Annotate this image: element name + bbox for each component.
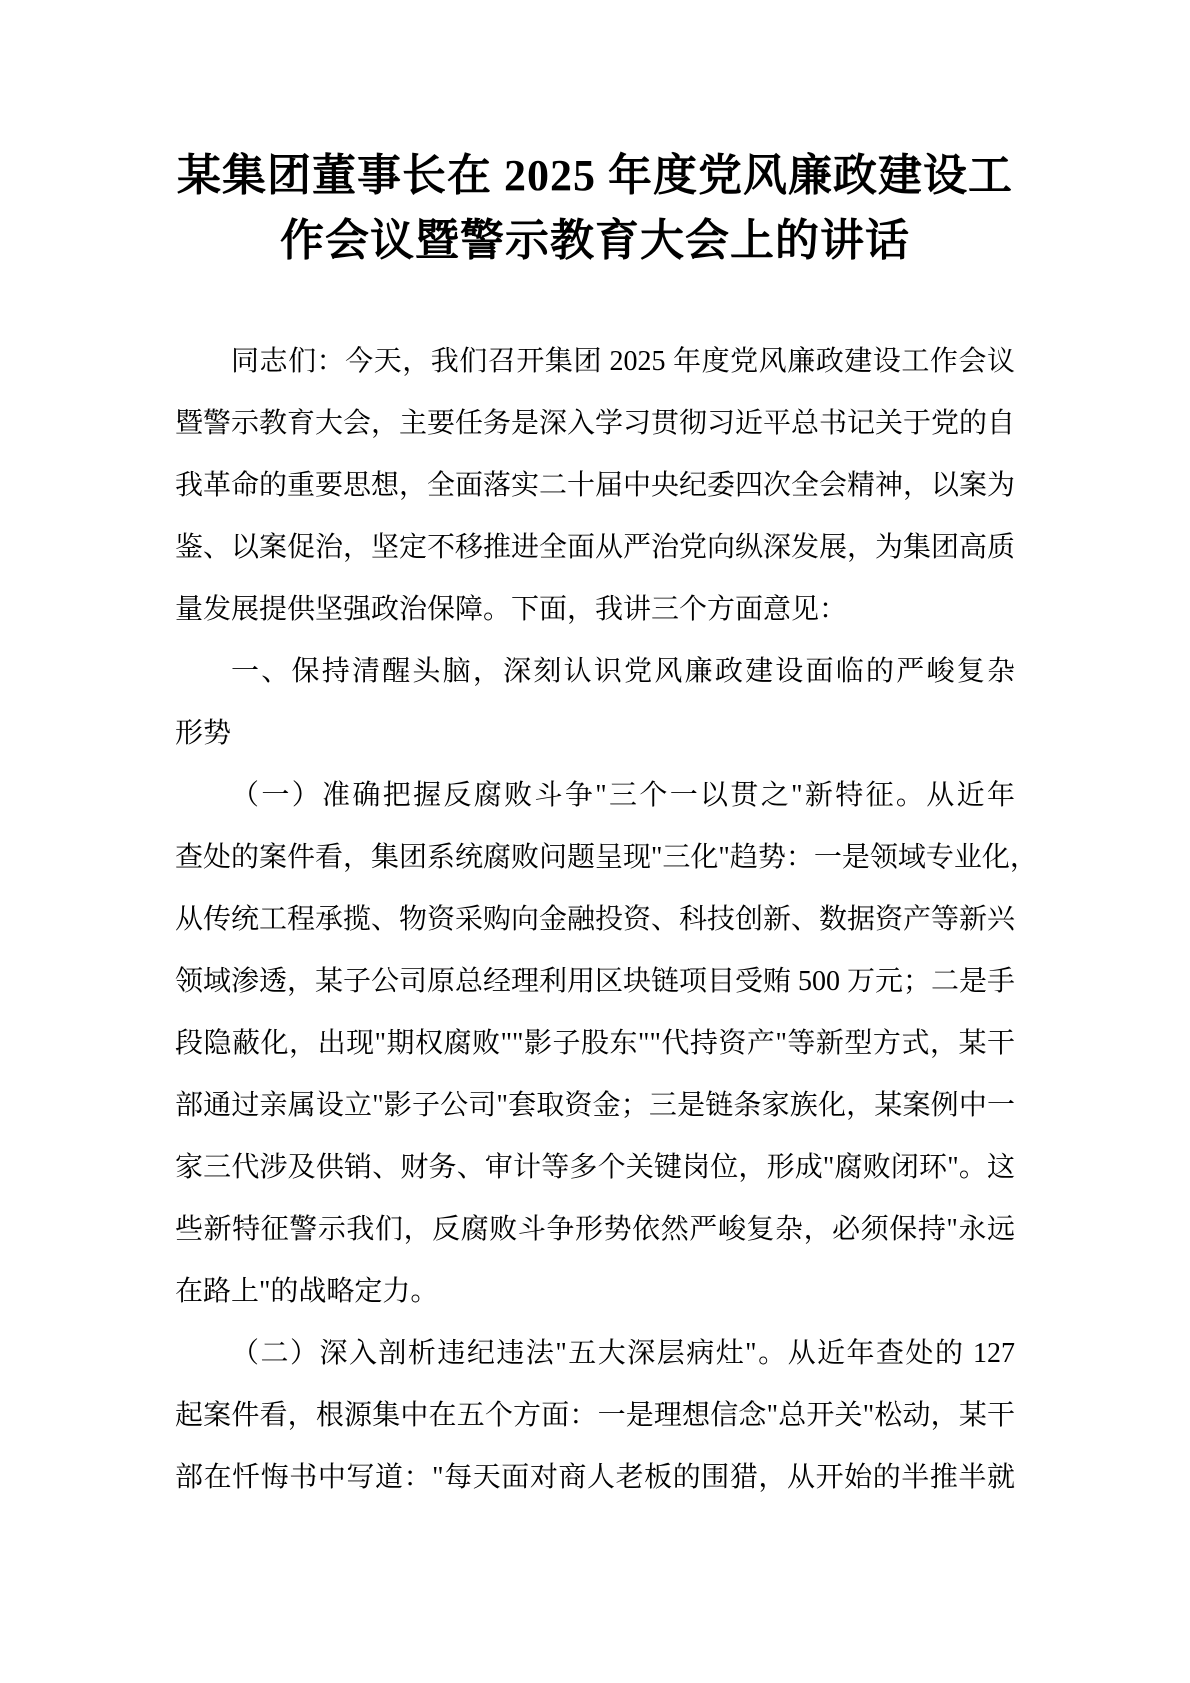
document-body: 同志们：今天，我们召开集团 2025 年度党风廉政建设工作会议暨警示教育大会，主… [175, 331, 1015, 1509]
document-title: 某集团董事长在 2025 年度党风廉政建设工 作会议暨警示教育大会上的讲话 [175, 143, 1015, 273]
text-line: 部通过亲属设立"影子公司"套取资金；三是链条家族化，某案例中一 [175, 1075, 1015, 1137]
text-line: 一、保持清醒头脑，深刻认识党风廉政建设面临的严峻复杂 [175, 641, 1015, 703]
text-line: 些新特征警示我们，反腐败斗争形势依然严峻复杂，必须保持"永远 [175, 1199, 1015, 1261]
text-line: 同志们：今天，我们召开集团 2025 年度党风廉政建设工作会议 [175, 331, 1015, 393]
text-line: （二）深入剖析违纪违法"五大深层病灶"。从近年查处的 127 [175, 1323, 1015, 1385]
paragraph: （二）深入剖析违纪违法"五大深层病灶"。从近年查处的 127起案件看，根源集中在… [175, 1323, 1015, 1509]
text-line: 在路上"的战略定力。 [175, 1261, 1015, 1323]
paragraph: 同志们：今天，我们召开集团 2025 年度党风廉政建设工作会议暨警示教育大会，主… [175, 331, 1015, 641]
text-line: 暨警示教育大会，主要任务是深入学习贯彻习近平总书记关于党的自 [175, 393, 1015, 455]
document-content: 某集团董事长在 2025 年度党风廉政建设工 作会议暨警示教育大会上的讲话 同志… [175, 143, 1015, 1509]
text-line: 段隐蔽化，出现"期权腐败""影子股东""代持资产"等新型方式，某干 [175, 1013, 1015, 1075]
paragraph: （一）准确把握反腐败斗争"三个一以贯之"新特征。从近年查处的案件看，集团系统腐败… [175, 765, 1015, 1323]
text-line: 起案件看，根源集中在五个方面：一是理想信念"总开关"松动，某干 [175, 1385, 1015, 1447]
text-line: 查处的案件看，集团系统腐败问题呈现"三化"趋势：一是领域专业化， [175, 827, 1015, 889]
document-page: 某集团董事长在 2025 年度党风廉政建设工 作会议暨警示教育大会上的讲话 同志… [0, 0, 1190, 1683]
text-line: 部在忏悔书中写道："每天面对商人老板的围猎，从开始的半推半就 [175, 1447, 1015, 1509]
text-line: 鉴、以案促治，坚定不移推进全面从严治党向纵深发展，为集团高质 [175, 517, 1015, 579]
text-line: 领域渗透，某子公司原总经理利用区块链项目受贿 500 万元；二是手 [175, 951, 1015, 1013]
document-title-line-1: 某集团董事长在 2025 年度党风廉政建设工 [175, 143, 1015, 208]
text-line: 我革命的重要思想，全面落实二十届中央纪委四次全会精神，以案为 [175, 455, 1015, 517]
text-line: （一）准确把握反腐败斗争"三个一以贯之"新特征。从近年 [175, 765, 1015, 827]
text-line: 形势 [175, 703, 1015, 765]
paragraph: 一、保持清醒头脑，深刻认识党风廉政建设面临的严峻复杂形势 [175, 641, 1015, 765]
text-line: 从传统工程承揽、物资采购向金融投资、科技创新、数据资产等新兴 [175, 889, 1015, 951]
text-line: 量发展提供坚强政治保障。下面，我讲三个方面意见： [175, 579, 1015, 641]
document-title-line-2: 作会议暨警示教育大会上的讲话 [175, 208, 1015, 273]
text-line: 家三代涉及供销、财务、审计等多个关键岗位，形成"腐败闭环"。这 [175, 1137, 1015, 1199]
